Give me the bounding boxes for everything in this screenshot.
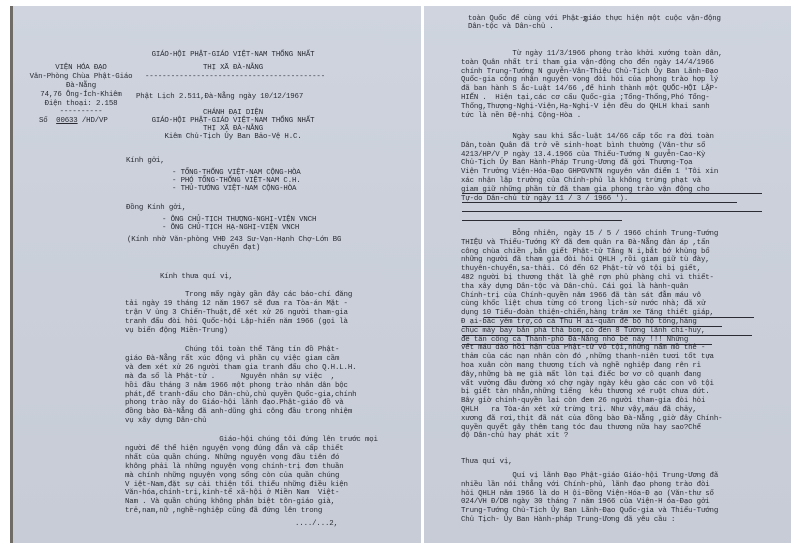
office-name: VIỆN HÓA ĐẠO	[25, 64, 137, 73]
forward-note-line-2: chuyển đạt)	[213, 244, 260, 253]
document-number: Số 00633 /HD/VP	[39, 117, 108, 126]
underline-forces-3	[462, 335, 752, 336]
salutation: Kính thưa quí vị,	[160, 273, 233, 282]
signer-role: Kiêm Chủ-Tịch Ủy Ban Bảo-Vệ H.C.	[133, 133, 333, 142]
paragraph-1: Trong mấy ngày gần đây các báo-chí đăng …	[125, 291, 352, 336]
date-line: Phật Lịch 2.511,Đà-Nẵng ngày 10/12/1967	[136, 93, 303, 102]
paragraph-2: Chúng tôi toàn thể Tăng tín đồ Phật- giá…	[125, 346, 356, 426]
office-address: 74,76 Ông-Ích-Khiêm	[25, 91, 137, 100]
underline-forces-2	[462, 326, 722, 327]
underline-quote-2	[462, 202, 737, 203]
intro-lines: toàn Quốc để cùng với Phật-giáo thực hiệ…	[468, 15, 721, 31]
underline-forces-4	[462, 344, 712, 345]
kinh-goi-label: Kính gởi,	[126, 157, 165, 166]
document-number-suffix: /HD/VP	[82, 117, 108, 125]
office-divider: ----------	[25, 108, 137, 117]
letterhead-divider: ----------------------------------------…	[145, 73, 325, 82]
page2-final-paragraph: Quí vị lãnh Đạo Phật-giáo Giáo-hội Trung…	[461, 472, 718, 525]
page2-salutation: Thưa quí vị,	[461, 458, 512, 467]
document-number-value: 00633	[56, 117, 77, 125]
underline-forces-1	[484, 317, 754, 318]
page2-paragraph-1: Từ ngày 11/3/1966 phong trào khởi xướng …	[461, 50, 722, 120]
letterhead-organization: GIÁO-HỘI PHẬT-GIÁO VIỆT-NAM THỐNG NHẤT	[133, 51, 333, 60]
underline-quote-4	[462, 220, 622, 221]
underline-quote-3	[462, 211, 762, 212]
paragraph-3: Giáo-hội chúng tôi đứng lên trước mọi ng…	[125, 436, 378, 516]
cc-recipient-2: - ÔNG CHỦ-TỊCH HẠ-NGHỊ-VIỆN VNCH	[162, 224, 299, 233]
letter-page-2: - 2 - toàn Quốc để cùng với Phật-giáo th…	[424, 6, 791, 543]
continuation-marker: ..../...2,	[295, 520, 338, 529]
recipient-3: - THỦ-TƯỚNG VIỆT-NAM CỘNG-HÒA	[172, 185, 296, 194]
dong-kinh-goi-label: Đồng Kính gởi,	[126, 204, 186, 213]
office-subname: Văn-Phòng Chùa Phật-Giáo	[25, 73, 137, 82]
office-city: Đà-Nẵng	[25, 82, 137, 91]
letterhead-city: THỊ XÃ ĐÀ-NẴNG	[133, 64, 333, 73]
underline-quote-1	[462, 193, 762, 194]
document-number-label: Số	[39, 117, 48, 125]
letter-page-1: GIÁO-HỘI PHẬT-GIÁO VIỆT-NAM THỐNG NHẤT T…	[10, 6, 421, 543]
